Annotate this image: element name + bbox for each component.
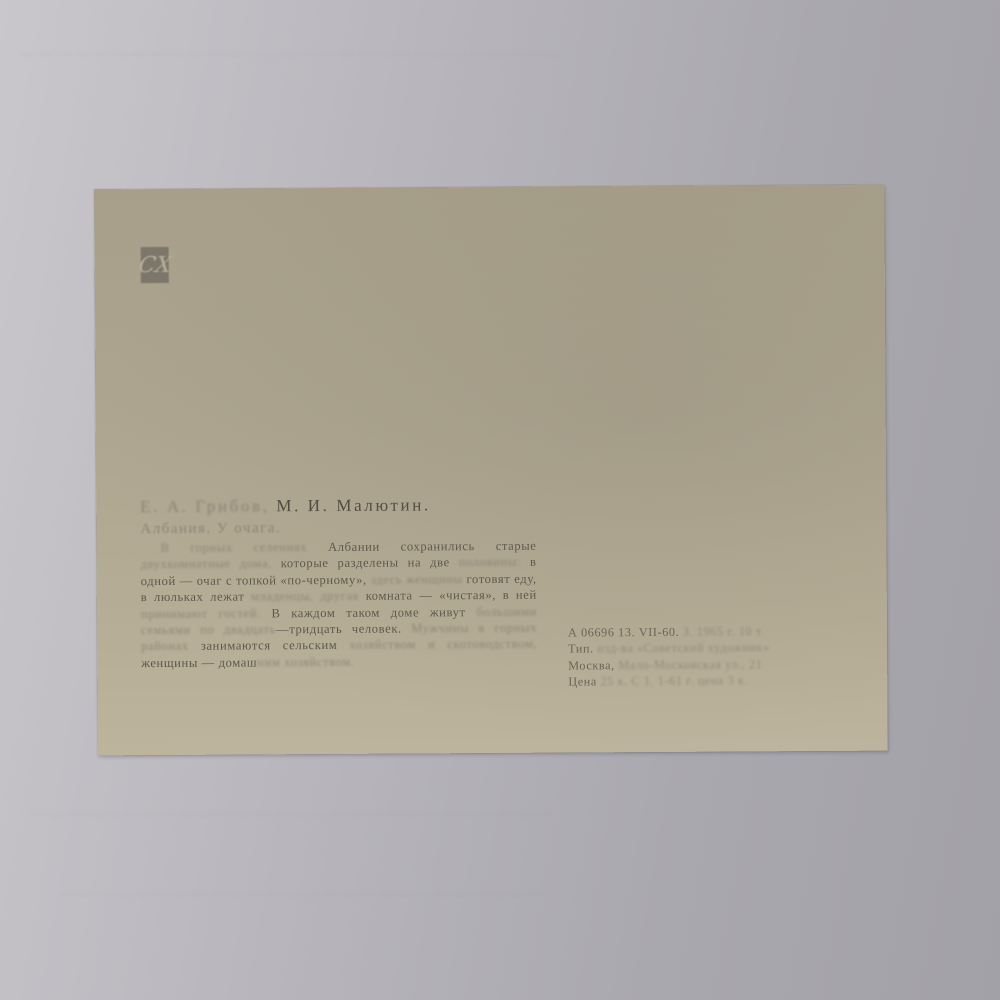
logo-glyph: СХ [136,252,173,277]
caption-text-segment: В горных селениях [160,540,328,555]
caption-text-segment: занимаются сельским [201,638,350,653]
caption-text-segment: принимают гостей. [141,606,272,621]
caption-text-segment: —тридцать человек. [276,622,411,637]
artist-names: Е. А. Грибов, М. И. Малютин. [140,495,540,517]
sovetsky-khudozhnik-logo-icon: СХ [141,247,169,283]
artist-name-1: Е. А. Грибов, [140,496,269,516]
imprint-line: Цена 25 к. С 1. 1-61 г. цена 3 к. [568,672,840,690]
imprint-text: Москва, [568,658,618,672]
caption-text-segment: комната — «чистая», в ней [366,588,537,603]
postcard-back: СХ Е. А. Грибов, М. И. Малютин. Албания.… [94,185,887,756]
caption-text-segment: которые разделены на две [281,556,459,571]
caption-text-segment: хозяйством и скотоводством, [349,637,537,652]
imprint-text-faint: изд-ва «Советский художник» [597,641,769,656]
caption-block: Е. А. Грибов, М. И. Малютин. Албания. У … [140,495,541,672]
caption-text-segment: половины: [459,555,530,569]
caption-description: В горных селениях Албании сохранились ст… [140,538,537,672]
imprint-text-faint: 25 к. С 1. 1-61 г. цена 3 к. [600,674,748,689]
caption-text-segment: двухкомнатные дома, [141,557,281,572]
caption-text-segment: женщины — домаш [141,655,257,670]
imprint-text: Тип. [568,642,597,656]
imprint-text: Цена [568,675,600,689]
publisher-imprint: А 06696 13. VII-60. З. 1965 г. 10 т.Тип.… [568,623,840,690]
artist-name-2: М. И. Малютин. [276,495,431,515]
background-bleed-text-bottom: — — — — — — — — — — — — — — — — — — — — … [30,800,551,828]
caption-text-segment: младенцы, другая [251,589,366,604]
imprint-text-faint: З. 1965 г. 10 т. [683,624,765,638]
imprint-line: А 06696 13. VII-60. З. 1965 г. 10 т. [568,623,840,641]
background-bleed-text-top: — — — — — — — — — — — — — — — — — — — — … [20,40,560,68]
caption-text-segment: здесь женщины [371,572,467,587]
caption-text-segment: В каждом таком доме живут [271,605,476,620]
background-bleed-text-bottom-2: — — — — — — — — — — — — — — — — — — — — … [60,880,544,908]
imprint-text: А 06696 13. VII-60. [568,625,683,640]
caption-text-segment: Албании сохранились старые [328,539,537,554]
imprint-text-faint: Мало-Московская ул., 21 [618,657,762,672]
imprint-line: Тип. изд-ва «Советский художник» [568,639,840,657]
caption-text-segment: ним хозяйством. [257,655,354,670]
imprint-line: Москва, Мало-Московская ул., 21 [568,656,840,674]
artwork-title: Албания. У очага. [140,519,540,538]
